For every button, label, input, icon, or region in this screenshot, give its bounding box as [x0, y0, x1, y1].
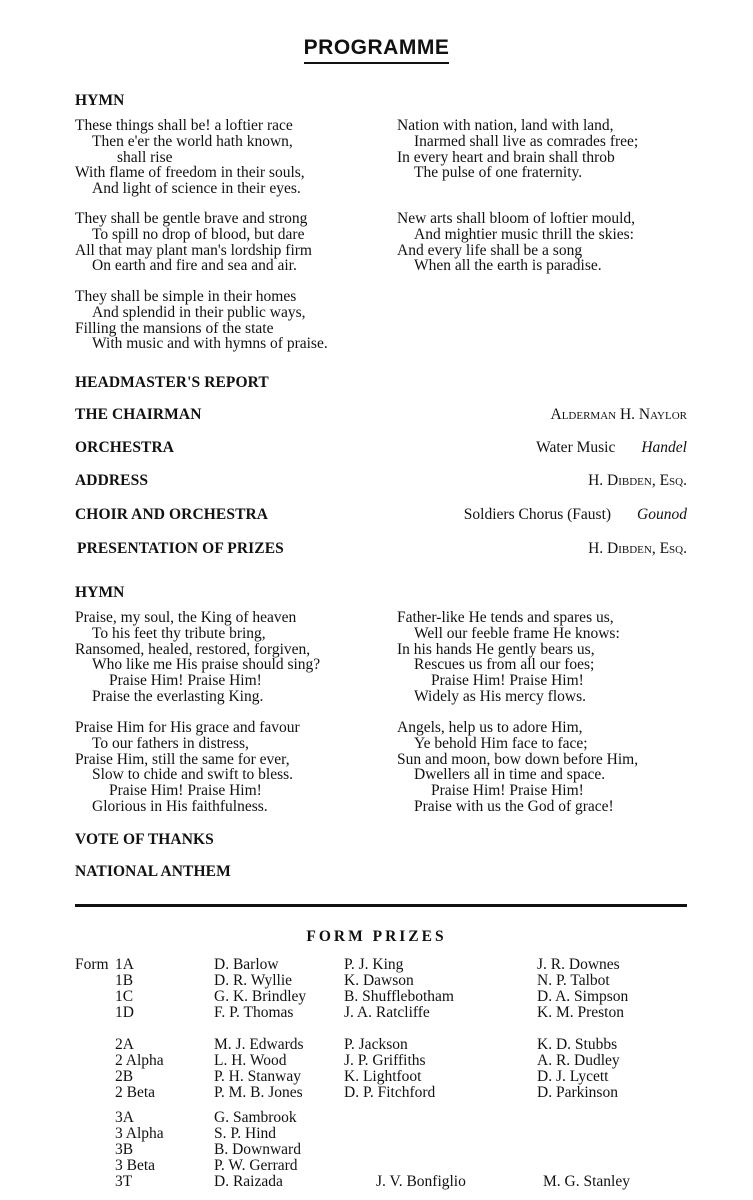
verse-line: Ransomed, healed, restored, forgiven, [75, 642, 320, 658]
programme-item-detail: Soldiers Chorus (Faust)Gounod [464, 506, 687, 524]
prize-row: Form1AD. BarlowP. J. KingJ. R. Downes [0, 956, 753, 972]
verse-line: In every heart and brain shall throb [397, 150, 638, 166]
verse-line: When all the earth is paradise. [397, 258, 635, 274]
verse-line: Praise Him for His grace and favour [75, 720, 300, 736]
hymn1-heading: HYMN [75, 92, 124, 110]
verse-line: Nation with nation, land with land, [397, 118, 638, 134]
prize-row: 2 BetaP. M. B. JonesD. P. FitchfordD. Pa… [0, 1084, 753, 1100]
verse-line: And light of science in their eyes. [75, 181, 367, 197]
verse-line: Praise Him! Praise Him! [397, 783, 638, 799]
programme-item-label: ORCHESTRA [75, 439, 174, 457]
verse-line: And mightier music thrill the skies: [397, 227, 635, 243]
verse-line: Who like me His praise should sing? [75, 657, 320, 673]
prize-row: 2AM. J. EdwardsP. JacksonK. D. Stubbs [0, 1036, 753, 1052]
winner-name: K. M. Preston [537, 1004, 624, 1022]
verse-line: shall rise [75, 150, 367, 166]
section-divider [75, 904, 687, 907]
hymn1-right-stanza: New arts shall bloom of loftier mould,An… [397, 211, 635, 274]
performer-name: H. Dibden, Esq. [588, 540, 687, 557]
hymn2-right-stanza: Angels, help us to adore Him,Ye behold H… [397, 720, 638, 815]
verse-line: Slow to chide and swift to bless. [75, 767, 300, 783]
programme-item-label: ADDRESS [75, 472, 148, 490]
programme-item-detail: Water MusicHandel [536, 439, 687, 457]
hymn2-left-stanza: Praise Him for His grace and favourTo ou… [75, 720, 300, 815]
verse-line: The pulse of one fraternity. [397, 165, 638, 181]
national-anthem: NATIONAL ANTHEM [75, 863, 231, 881]
performer-name: H. Dibden, Esq. [588, 472, 687, 489]
verse-line: On earth and fire and sea and air. [75, 258, 367, 274]
winner-name: F. P. Thomas [214, 1004, 293, 1022]
verse-line: Praise, my soul, the King of heaven [75, 610, 320, 626]
verse-line: They shall be simple in their homes [75, 289, 367, 305]
programme-item-label: PRESENTATION OF PRIZES [77, 540, 284, 558]
verse-line: Father-like He tends and spares us, [397, 610, 620, 626]
hymn1-right-stanza: Nation with nation, land with land,Inarm… [397, 118, 638, 181]
winner-name: M. G. Stanley [543, 1173, 630, 1191]
winner-name: P. M. B. Jones [214, 1084, 303, 1102]
prize-row: 1CG. K. BrindleyB. ShufflebothamD. A. Si… [0, 988, 753, 1004]
hymn2-heading: HYMN [75, 584, 124, 602]
verse-line: Praise the everlasting King. [75, 689, 320, 705]
prize-row: 1BD. R. WyllieK. DawsonN. P. Talbot [0, 972, 753, 988]
vote-of-thanks: VOTE OF THANKS [75, 831, 214, 849]
form-prizes-heading: FORM PRIZES [0, 928, 753, 946]
verse-line: Praise Him! Praise Him! [75, 673, 320, 689]
verse-line: New arts shall bloom of loftier mould, [397, 211, 635, 227]
verse-line: Praise with us the God of grace! [397, 799, 638, 815]
verse-line: With music and with hymns of praise. [75, 336, 367, 352]
hymn1-left-stanza: These things shall be! a loftier raceThe… [75, 118, 367, 197]
prize-row: 3TD. RaizadaJ. V. BonfiglioM. G. Stanley [0, 1173, 753, 1189]
piece-title: Water Music [536, 439, 615, 456]
piece-title: Soldiers Chorus (Faust) [464, 506, 611, 523]
winner-name: J. V. Bonfiglio [376, 1173, 466, 1191]
hymn1-left-stanza: They shall be simple in their homesAnd s… [75, 289, 367, 352]
verse-line: To our fathers in distress, [75, 736, 300, 752]
hymn2-left-stanza: Praise, my soul, the King of heavenTo hi… [75, 610, 320, 705]
verse-line: Praise Him! Praise Him! [75, 783, 300, 799]
prize-row: 2BP. H. StanwayK. LightfootD. J. Lycett [0, 1068, 753, 1084]
verse-line: Glorious in His faithfulness. [75, 799, 300, 815]
programme-item-label: CHOIR AND ORCHESTRA [75, 506, 268, 524]
prize-row: 3 AlphaS. P. Hind [0, 1125, 753, 1141]
hymn1-left-stanza: They shall be gentle brave and strongTo … [75, 211, 367, 274]
verse-line: Filling the mansions of the state [75, 321, 367, 337]
form-name: 1D [115, 1004, 134, 1022]
verse-line: And every life shall be a song [397, 243, 635, 259]
performer-name: Alderman H. Naylor [551, 406, 687, 423]
winner-name: D. Parkinson [537, 1084, 618, 1102]
verse-line: To his feet thy tribute bring, [75, 626, 320, 642]
form-name: 3T [115, 1173, 132, 1191]
programme-item-label: HEADMASTER'S REPORT [75, 374, 269, 392]
verse-line: Well our feeble frame He knows: [397, 626, 620, 642]
verse-line: Rescues us from all our foes; [397, 657, 620, 673]
verse-line: In his hands He gently bears us, [397, 642, 620, 658]
winner-name: D. P. Fitchford [344, 1084, 435, 1102]
verse-line: Widely as His mercy flows. [397, 689, 620, 705]
verse-line: Sun and moon, bow down before Him, [397, 752, 638, 768]
verse-line: Praise Him, still the same for ever, [75, 752, 300, 768]
verse-line: They shall be gentle brave and strong [75, 211, 367, 227]
programme-item-detail: H. Dibden, Esq. [588, 540, 687, 558]
composer-name: Gounod [637, 506, 687, 523]
prize-row: 3BB. Downward [0, 1141, 753, 1157]
programme-item-detail: Alderman H. Naylor [551, 406, 687, 424]
winner-name: J. A. Ratcliffe [344, 1004, 430, 1022]
hymn2-right-stanza: Father-like He tends and spares us,Well … [397, 610, 620, 705]
verse-line: Praise Him! Praise Him! [397, 673, 620, 689]
programme-item-label: THE CHAIRMAN [75, 406, 202, 424]
prize-row: 3AG. Sambrook [0, 1109, 753, 1125]
form-name: 2 Beta [115, 1084, 155, 1102]
verse-line: To spill no drop of blood, but dare [75, 227, 367, 243]
verse-line: These things shall be! a loftier race [75, 118, 367, 134]
verse-line: Ye behold Him face to face; [397, 736, 638, 752]
verse-line: Inarmed shall live as comrades free; [397, 134, 638, 150]
verse-line: And splendid in their public ways, [75, 305, 367, 321]
prize-row: 2 AlphaL. H. WoodJ. P. GriffithsA. R. Du… [0, 1052, 753, 1068]
verse-line: All that may plant man's lordship firm [75, 243, 367, 259]
verse-line: Dwellers all in time and space. [397, 767, 638, 783]
verse-line: Angels, help us to adore Him, [397, 720, 638, 736]
prize-row: 3 BetaP. W. Gerrard [0, 1157, 753, 1173]
verse-line: With flame of freedom in their souls, [75, 165, 367, 181]
prize-row: 1DF. P. ThomasJ. A. RatcliffeK. M. Prest… [0, 1004, 753, 1020]
programme-item-detail: H. Dibden, Esq. [588, 472, 687, 490]
page-title: PROGRAMME [0, 36, 753, 64]
verse-line: Then e'er the world hath known, [75, 134, 367, 150]
winner-name: D. Raizada [214, 1173, 283, 1191]
composer-name: Handel [641, 439, 687, 456]
